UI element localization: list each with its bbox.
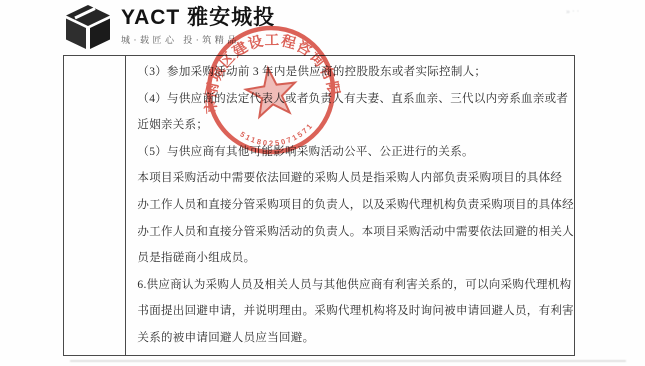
text-line: 关系的被申请回避人员应当回避。 (137, 325, 574, 352)
scan-shadow-line (70, 360, 626, 362)
text-line: 本项目采购活动中需要依法回避的采购人员是指采购人内部负责采购项目的具体经 (137, 165, 574, 192)
text-line: （3）参加采购活动前 3 年内是供应商的控股股东或者实际控制人； (137, 59, 574, 86)
table-text-column: （3）参加采购活动前 3 年内是供应商的控股股东或者实际控制人； （4）与供应商… (126, 56, 574, 355)
text-line: 员是指磋商小组成员。 (137, 245, 574, 272)
text-line: 6.供应商认为采购人员及相关人员与其他供应商有利害关系的，可以向采购代理机构 (137, 272, 574, 299)
logo-tagline: 城·载匠心 投·筑精品 (121, 33, 275, 46)
logo-title: YACT 雅安城投 (121, 6, 275, 30)
text-line: 书面提出回避申请，并说明理由。采购代理机构将及时询问被申请回避人员，有利害 (137, 298, 574, 325)
table-left-column-empty (64, 56, 126, 355)
text-line: （5）与供应商有其他可能影响采购活动公平、公正进行的关系。 (137, 139, 574, 166)
cube-logo-icon (63, 4, 113, 50)
text-line: （4）与供应商的法定代表人或者负责人有夫妻、直系血亲、三代以内旁系血亲或者 (137, 86, 574, 113)
document-page: YACT 雅安城投 城·载匠心 投·筑精品 »·· （3）参加采购活动前 3 年… (0, 0, 645, 366)
text-line: 办工作人员和直接分管采购项目的负责人，以及采购代理机构负责采购项目的具体经 (137, 192, 574, 219)
text-line: 近姻亲关系； (137, 112, 574, 139)
text-line: 办工作人员和直接分管采购活动的负责人。本项目采购活动中需要依法回避的相关人 (137, 219, 574, 246)
document-table: （3）参加采购活动前 3 年内是供应商的控股股东或者实际控制人； （4）与供应商… (63, 55, 575, 356)
scan-artifact-mark: »·· (566, 7, 581, 16)
logo-text: YACT 雅安城投 城·载匠心 投·筑精品 (121, 4, 275, 46)
company-logo: YACT 雅安城投 城·载匠心 投·筑精品 (63, 4, 275, 50)
